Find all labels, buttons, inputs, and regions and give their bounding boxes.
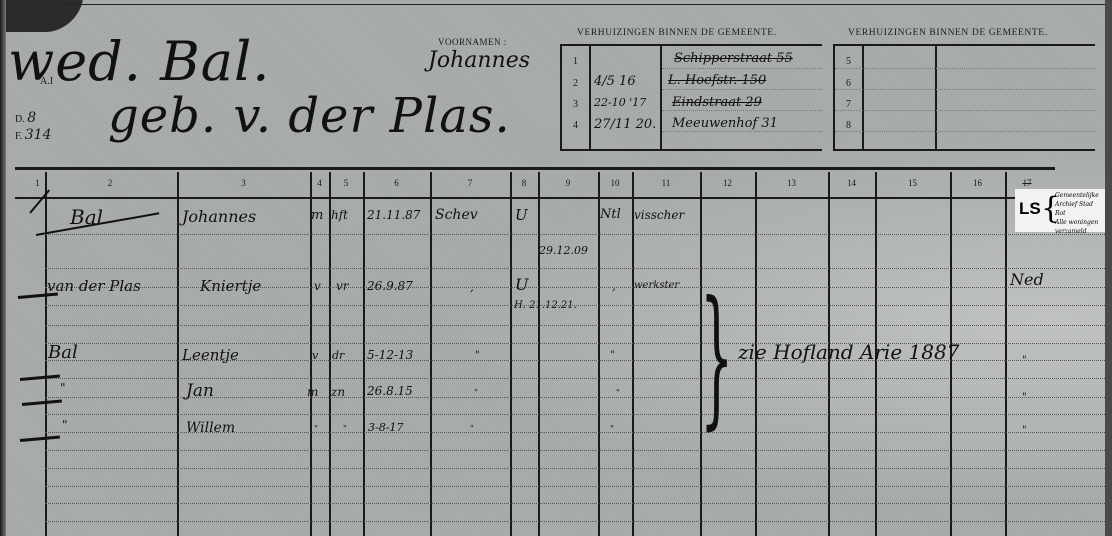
bracket-note: zie Hofland Arie 1887	[738, 340, 959, 364]
col-num-4: 4	[310, 178, 329, 188]
moves-box-right: 5 6 7 8	[833, 44, 1095, 151]
stamp-code: LS	[1019, 199, 1041, 219]
col-divider	[363, 172, 365, 536]
moves-line	[835, 110, 1095, 111]
cell-nationality: "	[610, 424, 614, 433]
cell-col9-date: H. 21.12.21.	[514, 300, 577, 311]
ls-stamp: LS { Gemeentelijke Archief Stad Rot Alle…	[1015, 189, 1105, 232]
col-divider	[45, 172, 47, 536]
cell-col9-date: 29.12.09	[539, 244, 588, 257]
moves-title-left: VERHUIZINGEN BINNEN DE GEMEENTE.	[577, 28, 777, 38]
cell-birthdate: 5-12-13	[367, 348, 413, 362]
move-num-5: 5	[835, 56, 862, 67]
meta-label-a: A.I	[40, 76, 53, 87]
col-divider	[538, 172, 540, 536]
col-num-10: 10	[598, 178, 632, 188]
col-num-2: 2	[100, 178, 120, 188]
col-num-1: 1	[30, 178, 45, 188]
cell-sex: m	[307, 385, 318, 399]
strike-mark	[29, 189, 50, 213]
moves-line	[835, 131, 1095, 132]
cell-sex: m	[311, 208, 323, 223]
cell-birthdate: 26.8.15	[367, 384, 413, 398]
cell-col17: Ned	[1010, 270, 1044, 289]
cell-nationality: ,	[612, 279, 616, 293]
cell-given-name: Jan	[186, 381, 214, 401]
meta-label-f: F. 314	[15, 127, 52, 143]
cell-col17: "	[1022, 425, 1027, 436]
stamp-note-line: Archief Stad Rot	[1055, 200, 1105, 218]
moves-title-right: VERHUIZINGEN BINNEN DE GEMEENTE.	[848, 28, 1048, 38]
voornamen-label: VOORNAMEN :	[438, 37, 507, 47]
stamp-note-line: Alle woningen	[1055, 218, 1105, 227]
cell-birthdate: 26.9.87	[367, 279, 413, 293]
col-num-8: 8	[510, 178, 538, 188]
strike-mark	[22, 400, 62, 406]
strike-mark	[20, 375, 60, 381]
cell-birthplace: "	[474, 388, 478, 397]
cell-birthplace: "	[475, 350, 480, 361]
col-num-3: 3	[177, 178, 310, 188]
table-top-rule	[15, 167, 1055, 170]
move-date-4: 27/11 20.	[594, 117, 656, 132]
row-line	[45, 325, 1105, 326]
surname-line-2: geb. v. der Plas.	[108, 88, 511, 144]
cell-given-name: Leentje	[182, 346, 239, 364]
cell-given-name: Kniertje	[200, 277, 261, 295]
cell-col17: "	[1022, 355, 1027, 366]
row-line	[45, 486, 1105, 487]
cell-surname: van der Plas	[47, 277, 141, 295]
move-num-4: 4	[562, 120, 589, 131]
move-num-6: 6	[835, 78, 862, 89]
move-date-2: 4/5 16	[594, 74, 636, 89]
move-address-3: Eindstraat 29	[672, 95, 762, 110]
move-date-3: 22-10 '17	[594, 96, 646, 109]
stamp-note-line: Gemeentelijke	[1055, 191, 1105, 200]
col-divider	[510, 172, 512, 536]
col-num-16: 16	[950, 178, 1005, 188]
cell-sex: "	[314, 424, 318, 433]
move-num-2: 2	[562, 78, 589, 89]
row-line	[45, 503, 1105, 504]
cell-nationality: "	[616, 388, 620, 397]
moves-line	[662, 68, 822, 69]
cell-given-name: Johannes	[182, 207, 256, 226]
moves-line	[835, 89, 1095, 90]
col-num-6: 6	[363, 178, 430, 188]
scan-border-right	[1105, 0, 1112, 536]
cell-religion: U	[515, 275, 528, 294]
move-address-4: Meeuwenhof 31	[672, 116, 778, 131]
col-num-5: 5	[329, 178, 363, 188]
cell-birthplace: "	[470, 424, 474, 433]
cell-surname: Bal	[70, 205, 103, 229]
moves-box-left: 1 2 3 4 4/5 16 22-10 '17 27/11 20. Schip…	[560, 44, 822, 151]
table-header-bottom-rule	[15, 197, 1055, 199]
moves-line	[662, 110, 822, 111]
moves-line	[662, 131, 822, 132]
cell-col17: "	[1022, 392, 1027, 403]
cell-birthplace: ,	[470, 280, 474, 294]
move-num-3: 3	[562, 99, 589, 110]
col-num-13: 13	[755, 178, 828, 188]
row-line	[45, 414, 1105, 415]
stamp-note: Gemeentelijke Archief Stad Rot Alle woni…	[1055, 191, 1105, 236]
cell-occupation: werkster	[634, 280, 679, 291]
col-num-12: 12	[700, 178, 755, 188]
col-divider	[1005, 172, 1007, 536]
col-divider	[177, 172, 179, 536]
row-line	[45, 450, 1105, 451]
move-address-1: Schipperstraat 55	[674, 51, 793, 66]
cell-relation: hft	[331, 208, 348, 222]
cell-surname: "	[62, 418, 68, 432]
cell-relation: "	[343, 424, 347, 433]
register-card: wed. Bal. geb. v. der Plas. A.I D. 8 F. …	[0, 0, 1105, 536]
col-divider	[598, 172, 600, 536]
card-left-edge	[0, 0, 6, 536]
cell-surname: "	[60, 381, 66, 395]
move-num-1: 1	[562, 56, 589, 67]
strike-mark	[20, 436, 60, 442]
cell-relation: vr	[336, 279, 349, 293]
stamp-note-line: verzameld	[1055, 227, 1105, 236]
moves-line	[835, 68, 1095, 69]
move-num-8: 8	[835, 120, 862, 131]
cell-nationality: "	[610, 350, 615, 361]
meta-label-d: D. 8	[15, 110, 36, 126]
cell-relation: zn	[331, 385, 345, 399]
cell-nationality: Ntl	[600, 207, 621, 222]
cell-given-name: Willem	[186, 420, 235, 436]
voornamen-value: Johannes	[428, 48, 530, 73]
col-num-7: 7	[430, 178, 510, 188]
cell-surname: Bal	[48, 342, 78, 363]
cell-sex: v	[312, 349, 318, 362]
curly-bracket: }	[700, 282, 733, 432]
row-line	[45, 521, 1105, 522]
row-line	[45, 234, 1105, 235]
col-divider	[329, 172, 331, 536]
col-num-17: 17	[1012, 178, 1042, 188]
row-line	[45, 378, 1105, 379]
moves-line	[662, 89, 822, 90]
move-address-2: L. Hoefstr. 150	[668, 73, 766, 88]
cell-birthdate: 21.11.87	[367, 208, 420, 222]
top-border-line	[60, 4, 1105, 5]
col-num-14: 14	[828, 178, 875, 188]
moves-date-col	[864, 46, 937, 149]
move-num-7: 7	[835, 99, 862, 110]
col-num-9: 9	[538, 178, 598, 188]
cell-birthdate: 3-8-17	[368, 421, 403, 434]
col-divider	[632, 172, 634, 536]
cell-religion: U	[515, 206, 528, 224]
cell-relation: dr	[332, 349, 344, 362]
row-line	[45, 268, 1105, 269]
col-divider	[430, 172, 432, 536]
row-line	[45, 468, 1105, 469]
cell-sex: v	[314, 279, 321, 293]
cell-birthplace: Schev	[435, 207, 478, 223]
col-num-15: 15	[875, 178, 950, 188]
cell-occupation: visscher	[634, 208, 684, 222]
col-num-11: 11	[632, 178, 700, 188]
